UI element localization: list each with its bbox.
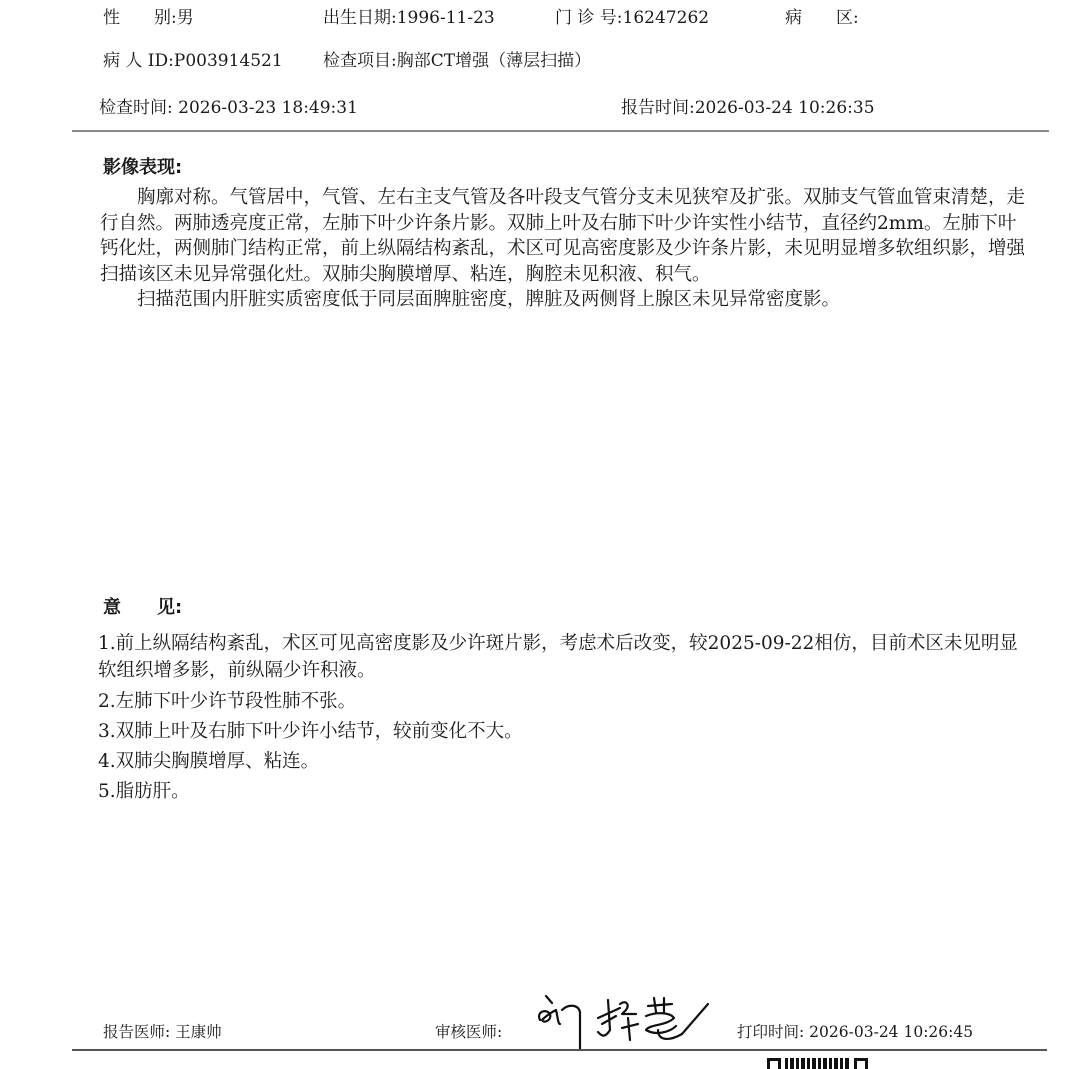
impression-item: 5.脂肪肝。 xyxy=(98,777,1023,807)
reporting-doctor-value: 王康帅 xyxy=(175,1023,222,1041)
report-time-value: 2026-03-24 10:26:35 xyxy=(695,98,875,118)
dob-label: 出生日期: xyxy=(323,8,397,28)
patient-id-label: 病 人 ID: xyxy=(103,51,174,71)
print-time-field: 打印时间: 2026-03-24 10:26:45 xyxy=(737,1020,973,1042)
impression-item: 4.双肺尖胸膜增厚、粘连。 xyxy=(98,747,1023,777)
ward-field: 病 区: xyxy=(785,8,859,28)
report-time-label: 报告时间: xyxy=(621,98,695,118)
clinic-no-value: 16247262 xyxy=(623,8,710,28)
qr-code-icon xyxy=(767,1058,868,1069)
ward-label: 病 区: xyxy=(785,8,859,28)
findings-paragraph: 扫描范围内肝脏实质密度低于同层面脾脏密度，脾脏及两侧肾上腺区未见异常密度影。 xyxy=(100,287,1025,313)
gender-field: 性 别:男 xyxy=(103,8,194,28)
report-time-field: 报告时间:2026-03-24 10:26:35 xyxy=(621,98,875,118)
exam-time-field: 检查时间: 2026-03-23 18:49:31 xyxy=(99,98,358,118)
qr-modules xyxy=(785,1058,850,1069)
findings-title: 影像表现: xyxy=(103,153,182,179)
footer-divider xyxy=(72,1049,1047,1051)
exam-item-field: 检查项目:胸部CT增强（薄层扫描） xyxy=(323,51,591,71)
clinic-no-label: 门 诊 号: xyxy=(555,8,623,28)
impression-item: 2.左肺下叶少许节段性肺不张。 xyxy=(98,687,1023,717)
dob-value: 1996-11-23 xyxy=(397,8,495,28)
qr-finder-right xyxy=(854,1058,868,1069)
clinic-no-field: 门 诊 号:16247262 xyxy=(555,8,709,28)
impression-title: 意 见: xyxy=(103,593,182,619)
gender-label: 性 别: xyxy=(103,8,177,28)
patient-id-value: P003914521 xyxy=(174,51,283,71)
reporting-doctor-label: 报告医师: xyxy=(103,1023,170,1041)
print-time-value: 2026-03-24 10:26:45 xyxy=(809,1023,973,1041)
exam-item-value: 胸部CT增强（薄层扫描） xyxy=(397,51,591,71)
gender-value: 男 xyxy=(177,8,194,28)
findings-paragraph: 胸廓对称。气管居中，气管、左右主支气管及各叶段支气管分支未见狭窄及扩张。双肺支气… xyxy=(100,185,1025,287)
patient-id-field: 病 人 ID:P003914521 xyxy=(103,51,283,71)
dob-field: 出生日期:1996-11-23 xyxy=(323,8,495,28)
impression-item: 3.双肺上叶及右肺下叶少许小结节，较前变化不大。 xyxy=(98,717,1023,747)
findings-body: 胸廓对称。气管居中，气管、左右主支气管及各叶段支气管分支未见狭窄及扩张。双肺支气… xyxy=(100,185,1025,313)
exam-time-label: 检查时间: xyxy=(99,98,173,118)
header-divider xyxy=(72,130,1049,132)
exam-time-value: 2026-03-23 18:49:31 xyxy=(178,98,358,118)
reviewing-doctor-label: 审核医师: xyxy=(435,1020,502,1042)
reviewing-doctor-signature xyxy=(532,990,717,1052)
impression-item: 1.前上纵隔结构紊乱，术区可见高密度影及少许斑片影，考虑术后改变，较2025-0… xyxy=(98,630,1023,684)
qr-finder-left xyxy=(767,1058,781,1069)
exam-item-label: 检查项目: xyxy=(323,51,397,71)
reporting-doctor-field: 报告医师: 王康帅 xyxy=(103,1020,222,1042)
print-time-label: 打印时间: xyxy=(737,1023,804,1041)
impression-list: 1.前上纵隔结构紊乱，术区可见高密度影及少许斑片影，考虑术后改变，较2025-0… xyxy=(98,630,1023,807)
